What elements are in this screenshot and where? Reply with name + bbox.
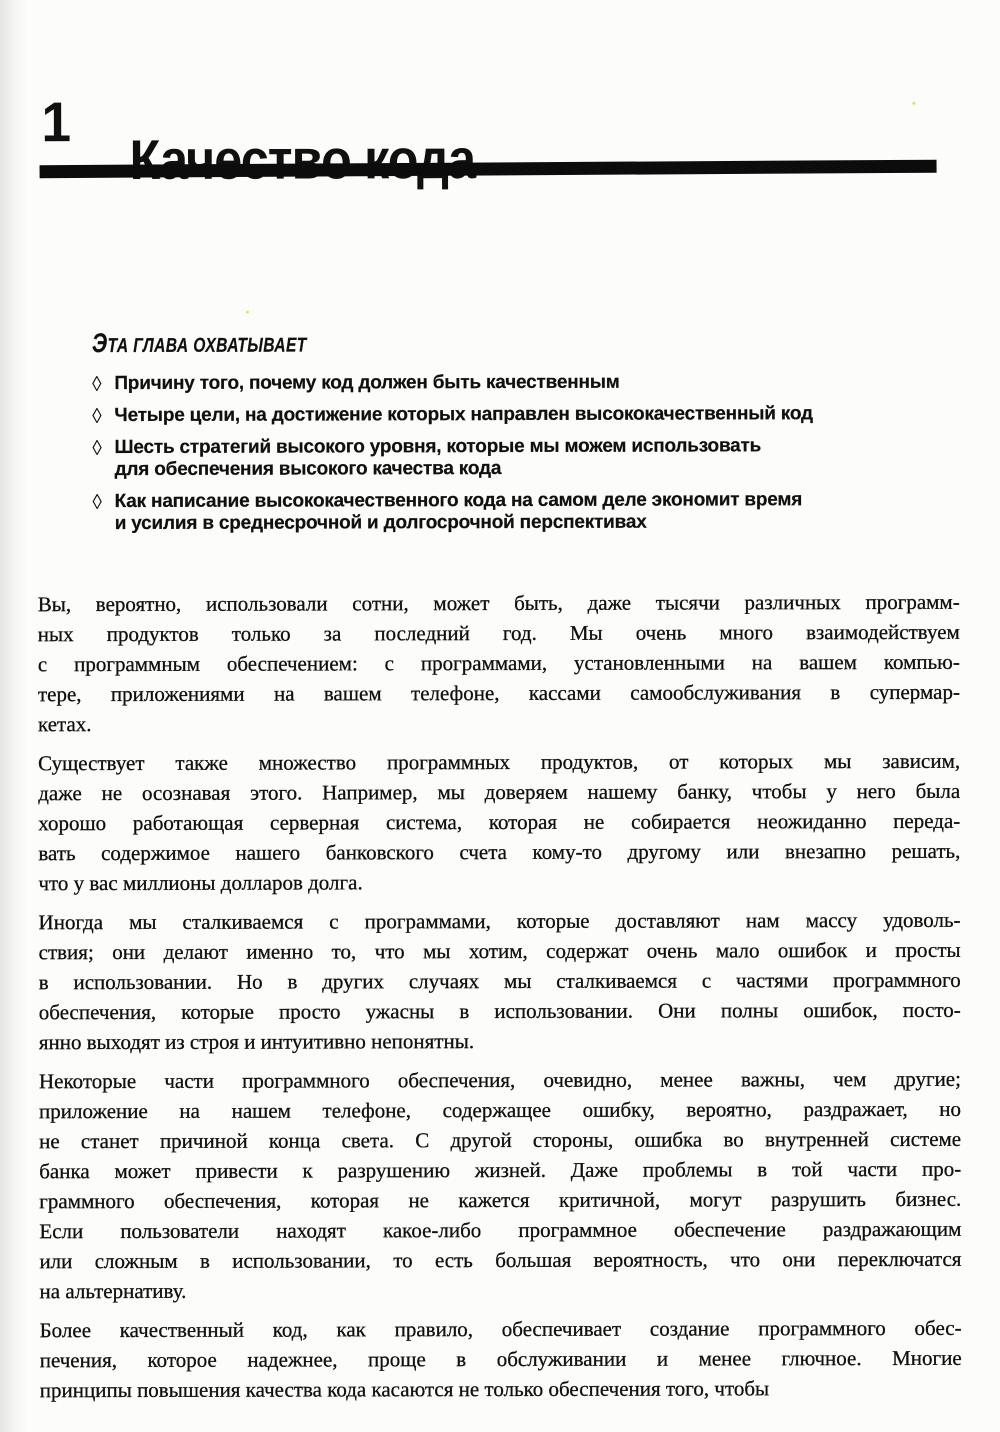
overview-list: ◊Причину того, почему код должен быть ка… <box>92 371 902 535</box>
text-line: Более качественный код, как правило, обе… <box>40 1313 962 1345</box>
chapter-header: 1 Качество кода <box>0 0 998 1</box>
text-line: кетах. <box>38 707 960 739</box>
diamond-bullet-icon: ◊ <box>92 405 101 430</box>
overview-item: ◊Причину того, почему код должен быть ка… <box>92 371 902 395</box>
diamond-bullet-icon: ◊ <box>92 491 101 516</box>
text-line: принципы повышения качества кода касаютс… <box>40 1373 962 1405</box>
overview-item-text: Как написание высококачественного кода н… <box>115 489 803 535</box>
text-line: тере, приложениями на вашем телефоне, ка… <box>38 677 960 709</box>
overview-heading: ЭТА ГЛАВА ОХВАТЫВАЕТ <box>92 329 724 358</box>
text-line: Если пользователи находят какое-либо про… <box>39 1214 961 1246</box>
chapter-title: Качество кода <box>129 131 475 188</box>
text-line: обеспечения, которые просто ужасны в исп… <box>39 995 961 1027</box>
text-line: с программным обеспечением: с программам… <box>38 647 960 679</box>
book-page: 1 Качество кода ЭТА ГЛАВА ОХВАТЫВАЕТ ◊Пр… <box>0 0 1000 1432</box>
body-text: Вы, вероятно, использовали сотни, может … <box>38 587 962 1414</box>
text-line: янно выходят из строя и интуитивно непон… <box>39 1025 961 1057</box>
overview-item-text: Шесть стратегий высокого уровня, которые… <box>114 435 761 481</box>
text-line: в использовании. Но в других случаях мы … <box>39 965 961 997</box>
text-line: или сложным в использовании, то есть бол… <box>39 1244 961 1276</box>
text-line: печения, которое надежнее, проще в обслу… <box>40 1343 962 1375</box>
page-content: 1 Качество кода ЭТА ГЛАВА ОХВАТЫВАЕТ ◊Пр… <box>0 0 1000 1432</box>
text-line: ных продуктов только за последний год. М… <box>38 617 960 649</box>
overview-heading-initial: Э <box>92 328 108 358</box>
overview-item-text: Причину того, почему код должен быть кач… <box>114 372 619 395</box>
overview-item-text: Четыре цели, на достижение которых напра… <box>114 403 813 427</box>
overview-item: ◊Четыре цели, на достижение которых напр… <box>92 403 902 427</box>
text-line: банка может привести к разрушению жизней… <box>39 1154 961 1186</box>
chapter-number: 1 <box>41 94 71 150</box>
scan-speck <box>246 311 249 314</box>
text-line: приложение на нашем телефоне, содержащее… <box>39 1094 961 1126</box>
text-line: Иногда мы сталкиваемся с программами, ко… <box>38 905 960 937</box>
paragraph: Более качественный код, как правило, обе… <box>40 1313 962 1405</box>
overview-heading-rest: ТА ГЛАВА ОХВАТЫВАЕТ <box>108 335 307 358</box>
overview-item: ◊Как написание высококачественного кода … <box>92 489 902 535</box>
text-line: даже не осознавая этого. Например, мы до… <box>38 776 960 808</box>
diamond-bullet-icon: ◊ <box>92 373 101 398</box>
text-line: граммного обеспечения, которая не кажетс… <box>39 1184 961 1216</box>
text-line: что у вас миллионы долларов долга. <box>38 866 960 898</box>
paragraph: Существует также множество программных п… <box>38 746 960 898</box>
text-line: вать содержимое нашего банковского счета… <box>38 836 960 868</box>
paragraph: Вы, вероятно, использовали сотни, может … <box>38 587 960 739</box>
text-line: на альтернативу. <box>39 1274 961 1306</box>
text-line: ствия; они делают именно то, что мы хоти… <box>39 935 961 967</box>
diamond-bullet-icon: ◊ <box>92 437 101 462</box>
paragraph: Некоторые части программного обеспечения… <box>39 1064 962 1306</box>
paragraph: Иногда мы сталкиваемся с программами, ко… <box>38 905 960 1057</box>
chapter-overview: ЭТА ГЛАВА ОХВАТЫВАЕТ ◊Причину того, поче… <box>92 329 903 545</box>
text-line: Некоторые части программного обеспечения… <box>39 1064 961 1096</box>
text-line: хорошо работающая серверная система, кот… <box>38 806 960 838</box>
text-line: не станет причиной конца света. С другой… <box>39 1124 961 1156</box>
text-line: Вы, вероятно, использовали сотни, может … <box>38 587 960 619</box>
scan-speck <box>912 102 915 105</box>
text-line: Существует также множество программных п… <box>38 746 960 778</box>
overview-item: ◊Шесть стратегий высокого уровня, которы… <box>92 435 902 481</box>
